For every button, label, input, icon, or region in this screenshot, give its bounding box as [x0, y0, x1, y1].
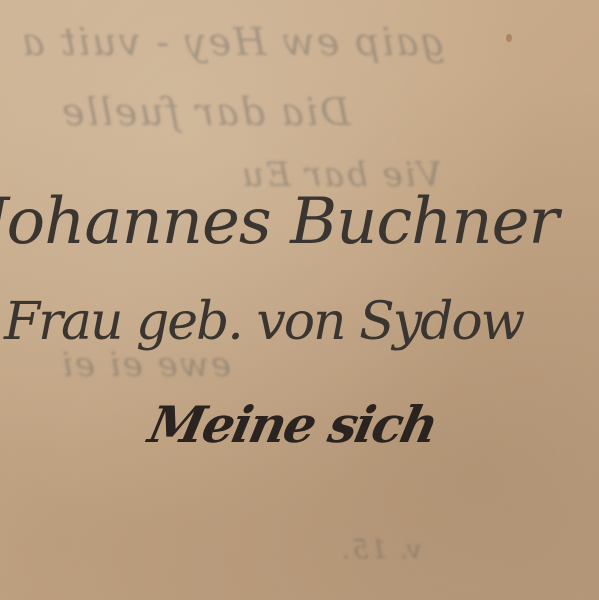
bleed-through-text: v. 15.: [340, 535, 421, 565]
printed-name: Johannes Buchner: [0, 185, 558, 259]
bleed-through-text: Dia dar fuelle: [60, 90, 350, 134]
handwritten-note: Meine sich: [144, 395, 442, 454]
printed-subtitle: Frau geb. von Sydow: [4, 292, 523, 352]
bleed-through-text: gaip ew Hey - vuit a: [20, 20, 445, 64]
document-photo: gaip ew Hey - vuit a Dia dar fuelle Vie …: [0, 0, 599, 600]
stain-spot: [506, 34, 512, 42]
